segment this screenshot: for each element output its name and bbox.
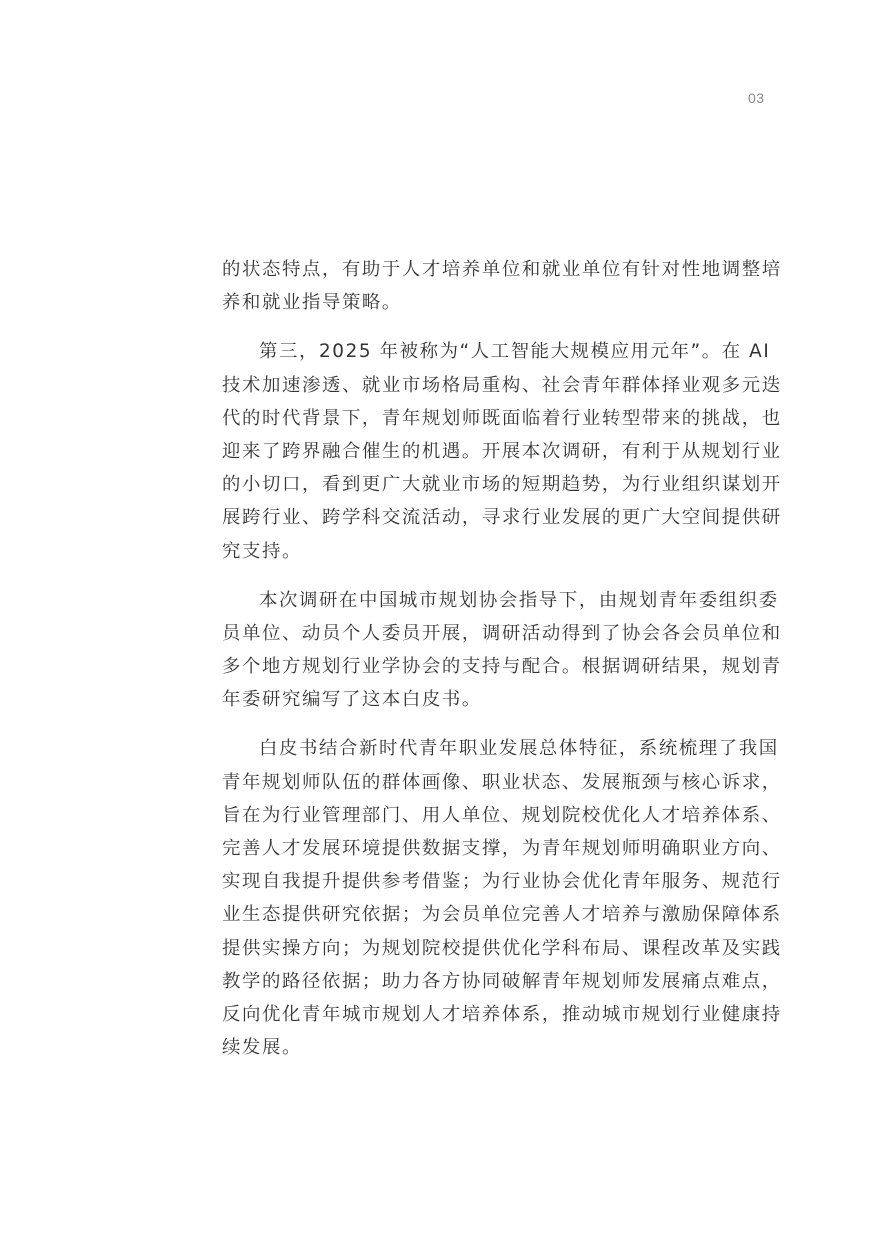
text-line: 养和就业指导策略。 — [222, 286, 770, 319]
paragraph-third-point: 第三，2025 年被称为“人工智能大规模应用元年”。在 AI 技术加速渗透、就业… — [222, 335, 770, 567]
text-line: 第三，2025 年被称为“人工智能大规模应用元年”。在 AI — [222, 335, 770, 368]
text-line: 反向优化青年城市规划人才培养体系，推动城市规划行业健康持 — [222, 998, 770, 1031]
text-line: 员单位、动员个人委员开展，调研活动得到了协会各会员单位和 — [222, 617, 770, 650]
text-line: 实现自我提升提供参考借鉴；为行业协会优化青年服务、规范行 — [222, 865, 770, 898]
text-line: 究支持。 — [222, 535, 770, 568]
paragraph-continuation: 的状态特点，有助于人才培养单位和就业单位有针对性地调整培 养和就业指导策略。 — [222, 253, 770, 319]
text-line: 业生态提供研究依据；为会员单位完善人才培养与激励保障体系 — [222, 898, 770, 931]
text-line: 迎来了跨界融合催生的机遇。开展本次调研，有利于从规划行业 — [222, 435, 770, 468]
text-line: 教学的路径依据；助力各方协同破解青年规划师发展痛点难点， — [222, 965, 770, 998]
text-line: 代的时代背景下，青年规划师既面临着行业转型带来的挑战，也 — [222, 402, 770, 435]
text-line: 本次调研在中国城市规划协会指导下，由规划青年委组织委 — [222, 584, 770, 617]
text-line: 提供实操方向；为规划院校提供优化学科布局、课程改革及实践 — [222, 932, 770, 965]
paragraph-survey-organization: 本次调研在中国城市规划协会指导下，由规划青年委组织委 员单位、动员个人委员开展，… — [222, 584, 770, 717]
text-line: 旨在为行业管理部门、用人单位、规划院校优化人才培养体系、 — [222, 799, 770, 832]
text-line: 技术加速渗透、就业市场格局重构、社会青年群体择业观多元迭 — [222, 369, 770, 402]
paragraph-whitepaper-purpose: 白皮书结合新时代青年职业发展总体特征，系统梳理了我国 青年规划师队伍的群体画像、… — [222, 732, 770, 1064]
text-line: 完善人才发展环境提供数据支撑，为青年规划师明确职业方向、 — [222, 832, 770, 865]
page-number: 03 — [748, 90, 765, 106]
text-line: 的小切口，看到更广大就业市场的短期趋势，为行业组织谋划开 — [222, 468, 770, 501]
text-line: 的状态特点，有助于人才培养单位和就业单位有针对性地调整培 — [222, 253, 770, 286]
text-line: 白皮书结合新时代青年职业发展总体特征，系统梳理了我国 — [222, 732, 770, 765]
text-line: 青年规划师队伍的群体画像、职业状态、发展瓶颈与核心诉求， — [222, 766, 770, 799]
text-line: 多个地方规划行业学协会的支持与配合。根据调研结果，规划青 — [222, 650, 770, 683]
document-body: 的状态特点，有助于人才培养单位和就业单位有针对性地调整培 养和就业指导策略。 第… — [222, 253, 770, 1078]
text-line: 续发展。 — [222, 1031, 770, 1064]
text-line: 年委研究编写了这本白皮书。 — [222, 683, 770, 716]
text-line: 展跨行业、跨学科交流活动，寻求行业发展的更广大空间提供研 — [222, 501, 770, 534]
